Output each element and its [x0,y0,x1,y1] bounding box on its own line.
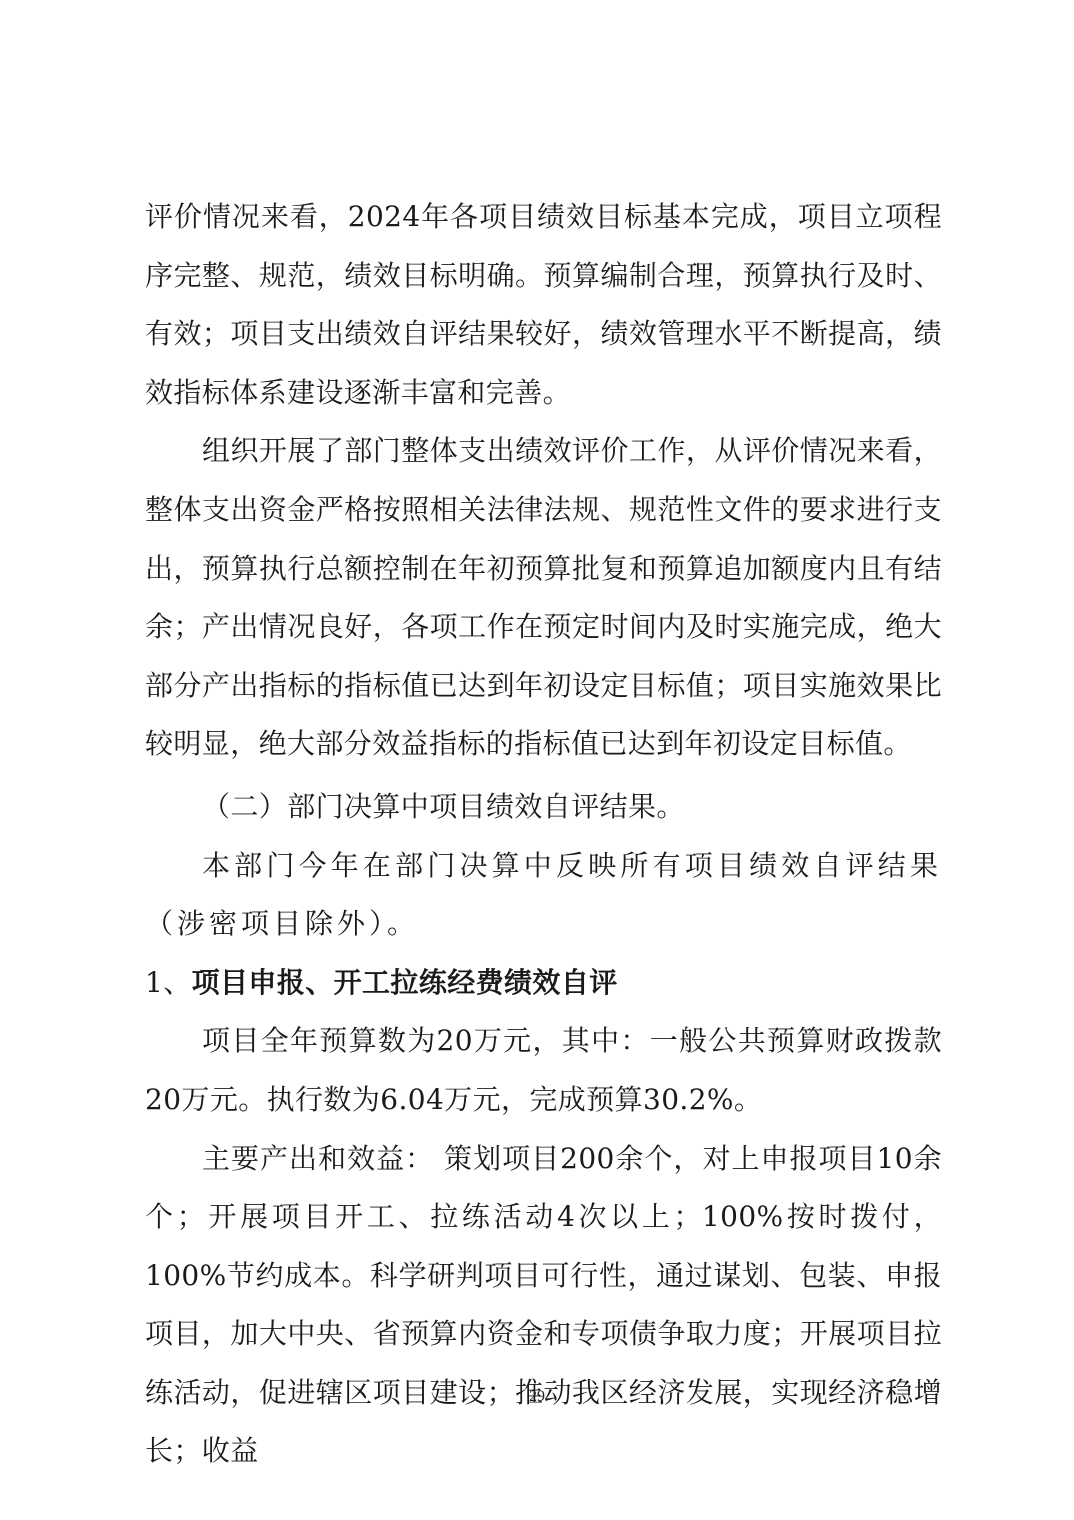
paragraph-outputs-and-benefits: 主要产出和效益： 策划项目200余个，对上申报项目10余个；开展项目开工、拉练活… [145,1130,942,1482]
page-number: 29 [0,1388,1074,1406]
section-heading-final-accounts-results: （二）部门决算中项目绩效自评结果。 [145,778,942,837]
document-page: 评价情况来看，2024年各项目绩效目标基本完成，项目立项程序完整、规范，绩效目标… [145,188,942,1481]
paragraph-overall-expenditure-evaluation: 组织开展了部门整体支出绩效评价工作，从评价情况来看，整体支出资金严格按照相关法律… [145,422,942,774]
paragraph-disclosure-scope: 本部门今年在部门决算中反映所有项目绩效自评结果（涉密项目除外）。 [145,837,942,954]
paragraph-project-evaluation-summary: 评价情况来看，2024年各项目绩效目标基本完成，项目立项程序完整、规范，绩效目标… [145,188,942,422]
heading-title: 项目申报、开工拉练经费绩效自评 [192,966,618,999]
subsection-heading-project-1: 1、项目申报、开工拉练经费绩效自评 [145,954,942,1013]
heading-number: 1、 [145,966,192,999]
paragraph-budget-execution: 项目全年预算数为20万元，其中：一般公共预算财政拨款20万元。执行数为6.04万… [145,1012,942,1129]
